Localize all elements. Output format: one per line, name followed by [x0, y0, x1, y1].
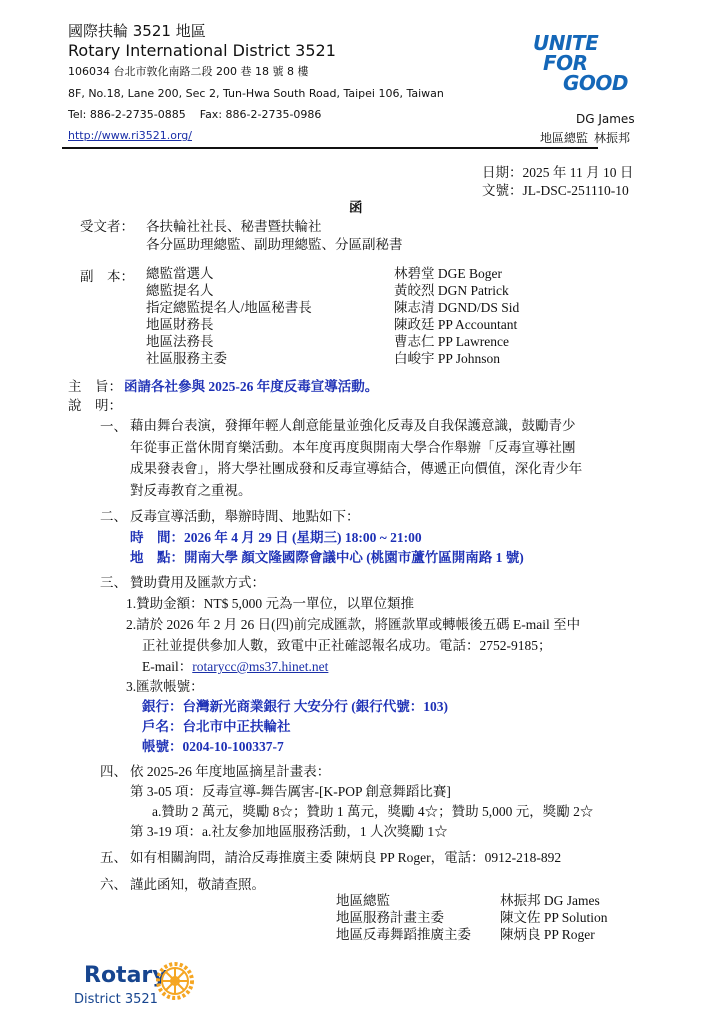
event-time: 時 間：2026 年 4 月 29 日 (星期三) 18:00 ~ 21:00 — [130, 526, 422, 546]
subject-text: 函請各社參與 2025-26 年度反毒宣導活動。 — [124, 375, 378, 395]
cc-role: 社區服務主委 — [146, 350, 312, 367]
payment-deadline: 2.請於 2026 年 2 月 26 日(四)前完成匯款，將匯款單或轉帳後五碼 … — [126, 613, 580, 633]
paragraph-line: 成果發表會」，將大學社團成發和反毒宣導結合，傳遞正向價值，深化青少年 — [130, 458, 582, 480]
star-rule-1: 第 3-05 項：反毒宣導-舞告厲害-[K-POP 創意舞蹈比賽] — [130, 780, 451, 800]
item-number: 一、 — [100, 415, 127, 435]
signature-name: 陳炳良 PP Roger — [500, 926, 608, 943]
item4-text: 依 2025-26 年度地區摘星計畫表： — [130, 760, 330, 780]
star-rule-2: 第 3-19 項：a.社友參加地區服務活動，1 人次獎勵 1☆ — [130, 820, 448, 840]
payment-instructions: 正社並提供參加人數，致電中正社確認報名成功。電話：2752-9185； — [142, 634, 552, 654]
account-number: 帳號：0204-10-100337-7 — [142, 735, 284, 755]
document-type: 函 — [349, 196, 363, 216]
item-number: 三、 — [100, 571, 127, 591]
document-number: 文號：JL-DSC-251110-10 — [482, 179, 629, 199]
cc-name: 黃皎烈 DGN Patrick — [394, 282, 519, 299]
item-number: 四、 — [100, 760, 127, 780]
item-number: 六、 — [100, 873, 127, 893]
address-en: 8F, No.18, Lane 200, Sec 2, Tun-Hwa Sout… — [68, 87, 444, 100]
cc-label: 副 本： — [80, 265, 134, 285]
cc-name: 陳政廷 PP Accountant — [394, 316, 519, 333]
rotary-wheel-icon — [154, 960, 196, 1002]
org-name-zh: 國際扶輪 3521 地區 — [68, 20, 206, 41]
governor-name-zh: 地區總監 林振邦 — [540, 129, 630, 146]
cc-name: 白峻宇 PP Johnson — [394, 350, 519, 367]
email-link[interactable]: rotarycc@ms37.hinet.net — [192, 659, 328, 674]
recipients-line: 各分區助理總監、副助理總監、分區副秘書 — [146, 233, 403, 253]
cc-name: 陳志清 DGND/DS Sid — [394, 299, 519, 316]
signature-names: 林振邦 DG James 陳文佐 PP Solution 陳炳良 PP Roge… — [500, 892, 608, 943]
signature-role: 地區反毒舞蹈推廣主委 — [336, 926, 471, 943]
paragraph-line: 年從事正當休閒育樂活動。本年度再度與開南大學合作舉辦「反毒宣導社團 — [130, 437, 582, 459]
item6-text: 謹此函知，敬請查照。 — [130, 873, 265, 893]
subject-label: 主 旨： — [68, 375, 122, 395]
org-name-en: Rotary International District 3521 — [68, 41, 336, 60]
cc-roles: 總監當選人 總監提名人 指定總監提名人/地區秘書長 地區財務長 地區法務長 社區… — [146, 265, 312, 367]
cc-role: 總監提名人 — [146, 282, 312, 299]
bank-info: 銀行：台灣新光商業銀行 大安分行 (銀行代號：103) — [142, 695, 448, 715]
signature-name: 林振邦 DG James — [500, 892, 608, 909]
address-zh: 106034 台北市敦化南路二段 200 巷 18 號 8 樓 — [68, 63, 308, 79]
cc-name: 曹志仁 PP Lawrence — [394, 333, 519, 350]
remittance-account-label: 3.匯款帳號： — [126, 675, 204, 695]
letter-date: 日期：2025 年 11 月 10 日 — [482, 161, 633, 181]
recipients-label: 受文者： — [80, 215, 134, 235]
cc-role: 地區法務長 — [146, 333, 312, 350]
tel-fax: Tel: 886-2-2735-0885 Fax: 886-2-2735-098… — [68, 108, 321, 121]
sponsor-amount: 1.贊助金額：NT$ 5,000 元為一單位，以單位類推 — [126, 592, 414, 612]
item1-paragraph: 藉由舞台表演，發揮年輕人創意能量並強化反毒及自我保護意識，鼓勵青少 年從事正當休… — [130, 415, 582, 501]
signature-roles: 地區總監 地區服務計畫主委 地區反毒舞蹈推廣主委 — [336, 892, 471, 943]
event-place: 地 點：開南大學 顏文隆國際會議中心 (桃園市蘆竹區開南路 1 號) — [130, 546, 524, 566]
cc-role: 地區財務長 — [146, 316, 312, 333]
item5-text: 如有相關詢問，請洽反毒推廣主委 陳炳良 PP Roger，電話：0912-218… — [130, 846, 561, 866]
header-divider — [62, 147, 598, 149]
unite-for-good-logo: UNITE FOR GOOD — [533, 33, 628, 93]
item3-text: 贊助費用及匯款方式： — [130, 571, 265, 591]
email-row: E-mail：rotarycc@ms37.hinet.net — [142, 655, 328, 675]
slogan-line: FOR — [533, 53, 628, 73]
signature-role: 地區服務計畫主委 — [336, 909, 471, 926]
rotary-district-text: District 3521 — [74, 992, 158, 1007]
star-rule-1-detail: a.贊助 2 萬元，獎勵 8☆；贊助 1 萬元，獎勵 4☆；贊助 5,000 元… — [152, 800, 593, 820]
governor-name-en: DG James — [576, 112, 635, 126]
email-label: E-mail： — [142, 659, 192, 674]
cc-role: 指定總監提名人/地區秘書長 — [146, 299, 312, 316]
cc-names: 林碧堂 DGE Boger 黃皎烈 DGN Patrick 陳志清 DGND/D… — [394, 265, 519, 367]
cc-role: 總監當選人 — [146, 265, 312, 282]
recipients-line: 各扶輪社社長、秘書暨扶輪社 — [146, 215, 322, 235]
signature-name: 陳文佐 PP Solution — [500, 909, 608, 926]
cc-name: 林碧堂 DGE Boger — [394, 265, 519, 282]
slogan-line: UNITE — [533, 33, 628, 53]
slogan-line: GOOD — [533, 73, 628, 93]
item-number: 五、 — [100, 846, 127, 866]
paragraph-line: 藉由舞台表演，發揮年輕人創意能量並強化反毒及自我保護意識，鼓勵青少 — [130, 415, 582, 437]
account-name: 戶名：台北市中正扶輪社 — [142, 715, 291, 735]
paragraph-line: 對反毒教育之重視。 — [130, 480, 582, 502]
website-link[interactable]: http://www.ri3521.org/ — [68, 129, 192, 142]
signature-role: 地區總監 — [336, 892, 471, 909]
explanation-label: 說 明： — [68, 394, 122, 414]
item-number: 二、 — [100, 505, 127, 525]
item2-text: 反毒宣導活動，舉辦時間、地點如下： — [130, 505, 360, 525]
